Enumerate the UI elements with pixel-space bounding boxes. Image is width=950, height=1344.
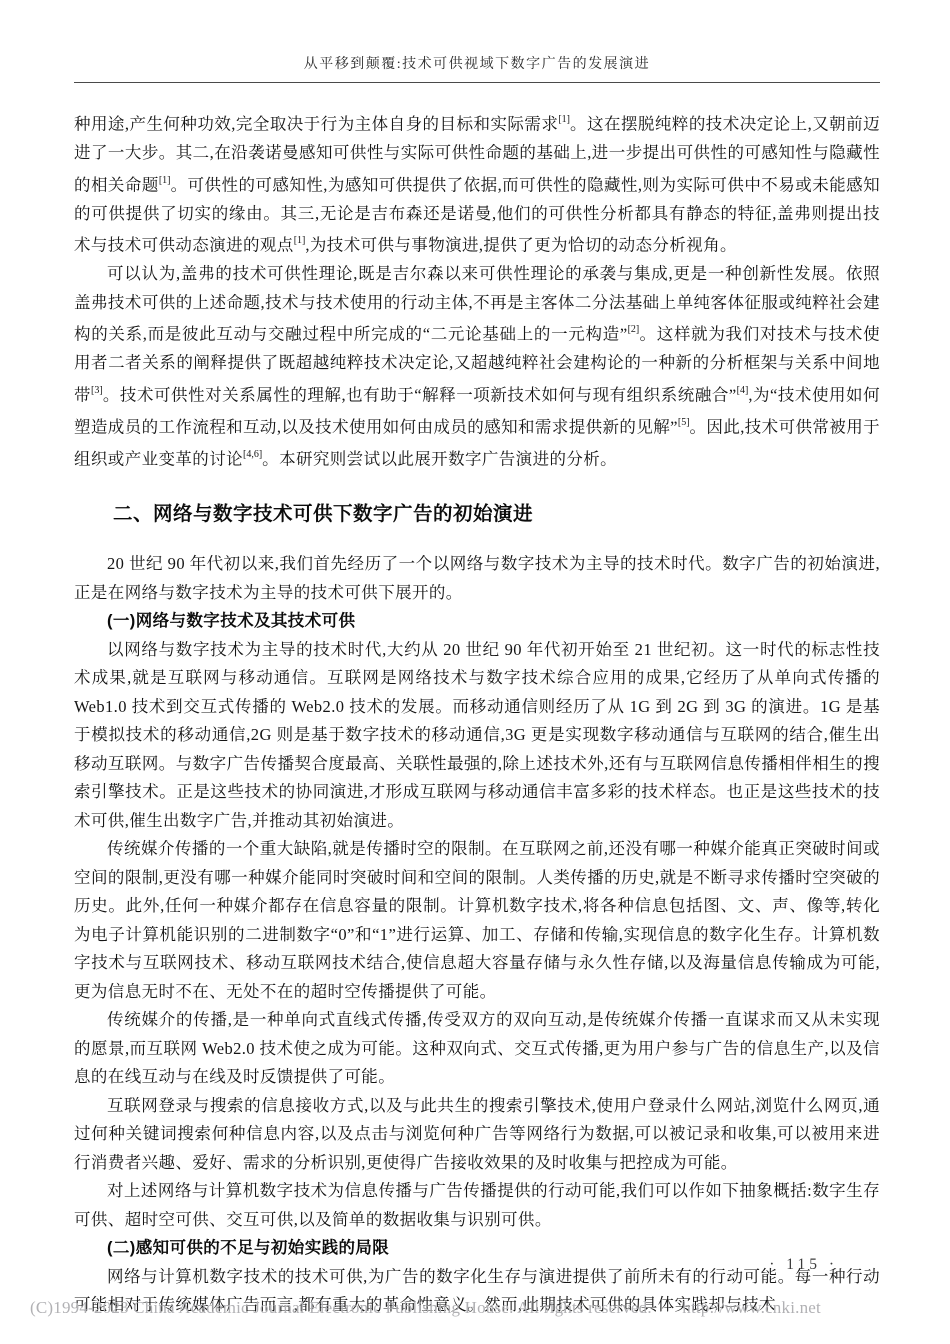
reference-marker: [5]: [678, 417, 690, 428]
text-run: 对上述网络与计算机数字技术为信息传播与广告传播提供的行动可能,我们可以作如下抽象…: [74, 1181, 880, 1229]
section-heading: 二、网络与数字技术可供下数字广告的初始演进: [74, 500, 880, 529]
paragraph: 互联网登录与搜索的信息接收方式,以及与此共生的搜索引擎技术,使用户登录什么网站,…: [74, 1092, 880, 1178]
reference-marker: [4]: [737, 385, 749, 396]
text-run: 。技术可供性对关系属性的理解,也有助于“解释一项新技术如何与现有组织系统融合”: [103, 385, 737, 404]
text-run: 种用途,产生何种功效,完全取决于行为主体自身的目标和实际需求: [74, 115, 558, 134]
text-run: 20 世纪 90 年代初以来,我们首先经历了一个以网络与数字技术为主导的技术时代…: [74, 554, 880, 602]
reference-marker: [1]: [159, 175, 171, 186]
paragraph: 种用途,产生何种功效,完全取决于行为主体自身的目标和实际需求[1]。这在摆脱纯粹…: [74, 107, 880, 260]
paragraph: 以网络与数字技术为主导的技术时代,大约从 20 世纪 90 年代初开始至 21 …: [74, 636, 880, 836]
subsection-heading: (一)网络与数字技术及其技术可供: [74, 607, 880, 636]
text-run: 以网络与数字技术为主导的技术时代,大约从 20 世纪 90 年代初开始至 21 …: [74, 640, 880, 830]
reference-marker: [1]: [294, 235, 306, 246]
text-run: 互联网登录与搜索的信息接收方式,以及与此共生的搜索引擎技术,使用户登录什么网站,…: [74, 1096, 880, 1172]
paragraph: 可以认为,盖弗的技术可供性理论,既是吉尔森以来可供性理论的承袭与集成,更是一种创…: [74, 260, 880, 474]
text-run: 传统媒介传播的一个重大缺陷,就是传播时空的限制。在互联网之前,还没有哪一种媒介能…: [74, 839, 880, 1001]
article-body: 种用途,产生何种功效,完全取决于行为主体自身的目标和实际需求[1]。这在摆脱纯粹…: [74, 107, 880, 1320]
text-run: 传统媒介的传播,是一种单向式直线式传播,传受双方的双向互动,是传统媒介传播一直谋…: [74, 1010, 880, 1086]
footer-copyright: (C)1994-2023 China Academic Journal Elec…: [30, 1298, 652, 1317]
paragraph: 传统媒介传播的一个重大缺陷,就是传播时空的限制。在互联网之前,还没有哪一种媒介能…: [74, 835, 880, 1006]
paragraph: 20 世纪 90 年代初以来,我们首先经历了一个以网络与数字技术为主导的技术时代…: [74, 550, 880, 607]
cnki-footer: (C)1994-2023 China Academic Journal Elec…: [30, 1298, 920, 1318]
header-rule: [74, 82, 880, 83]
reference-marker: [2]: [628, 324, 640, 335]
text-run: ,为技术可供与事物演进,提供了更为恰切的动态分析视角。: [305, 236, 737, 255]
reference-marker: [1]: [558, 114, 570, 125]
reference-marker: [4,6]: [243, 449, 262, 460]
footer-url: http://www.cnki.net: [682, 1298, 821, 1317]
text-run: 。本研究则尝试以此展开数字广告演进的分析。: [262, 449, 617, 468]
running-title: 从平移到颠覆:技术可供视域下数字广告的发展演进: [74, 0, 880, 76]
reference-marker: [3]: [91, 385, 103, 396]
journal-page: 从平移到颠覆:技术可供视域下数字广告的发展演进 种用途,产生何种功效,完全取决于…: [74, 0, 880, 1320]
paragraph: 传统媒介的传播,是一种单向式直线式传播,传受双方的双向互动,是传统媒介传播一直谋…: [74, 1006, 880, 1092]
subsection-heading: (二)感知可供的不足与初始实践的局限: [74, 1234, 880, 1263]
page-number: · 115 ·: [769, 1256, 838, 1274]
paragraph: 对上述网络与计算机数字技术为信息传播与广告传播提供的行动可能,我们可以作如下抽象…: [74, 1177, 880, 1234]
